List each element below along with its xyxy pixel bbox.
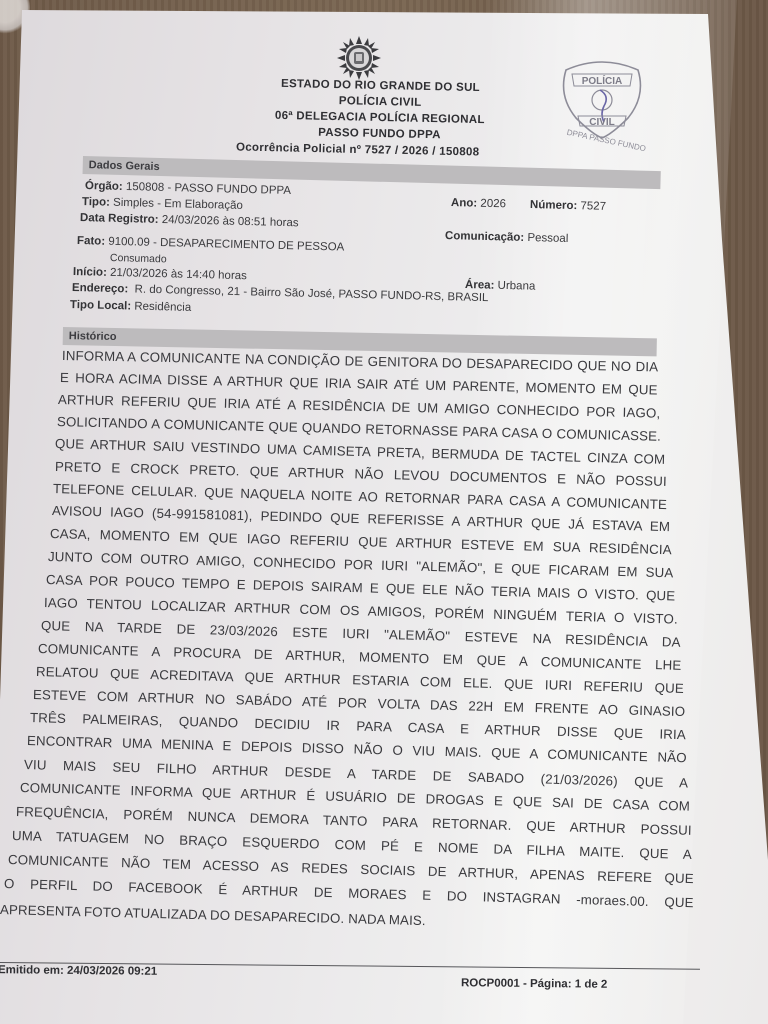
historico-line: APRESENTA FOTO ATUALIZADA DO DESAPARECID… bbox=[0, 902, 426, 928]
historico-line: INFORMA A COMUNICANTE NA CONDIÇÃO DE GEN… bbox=[62, 348, 658, 374]
police-report-page: ESTADO DO RIO GRANDE DO SUL POLÍCIA CIVI… bbox=[0, 0, 768, 1024]
historico-text: INFORMA A COMUNICANTE NA CONDIÇÃO DE GEN… bbox=[0, 0, 768, 1024]
footer-issued-at: Emitido em: 24/03/2026 09:21 bbox=[0, 964, 157, 978]
footer-page-number: ROCP0001 - Página: 1 de 2 bbox=[461, 977, 607, 991]
